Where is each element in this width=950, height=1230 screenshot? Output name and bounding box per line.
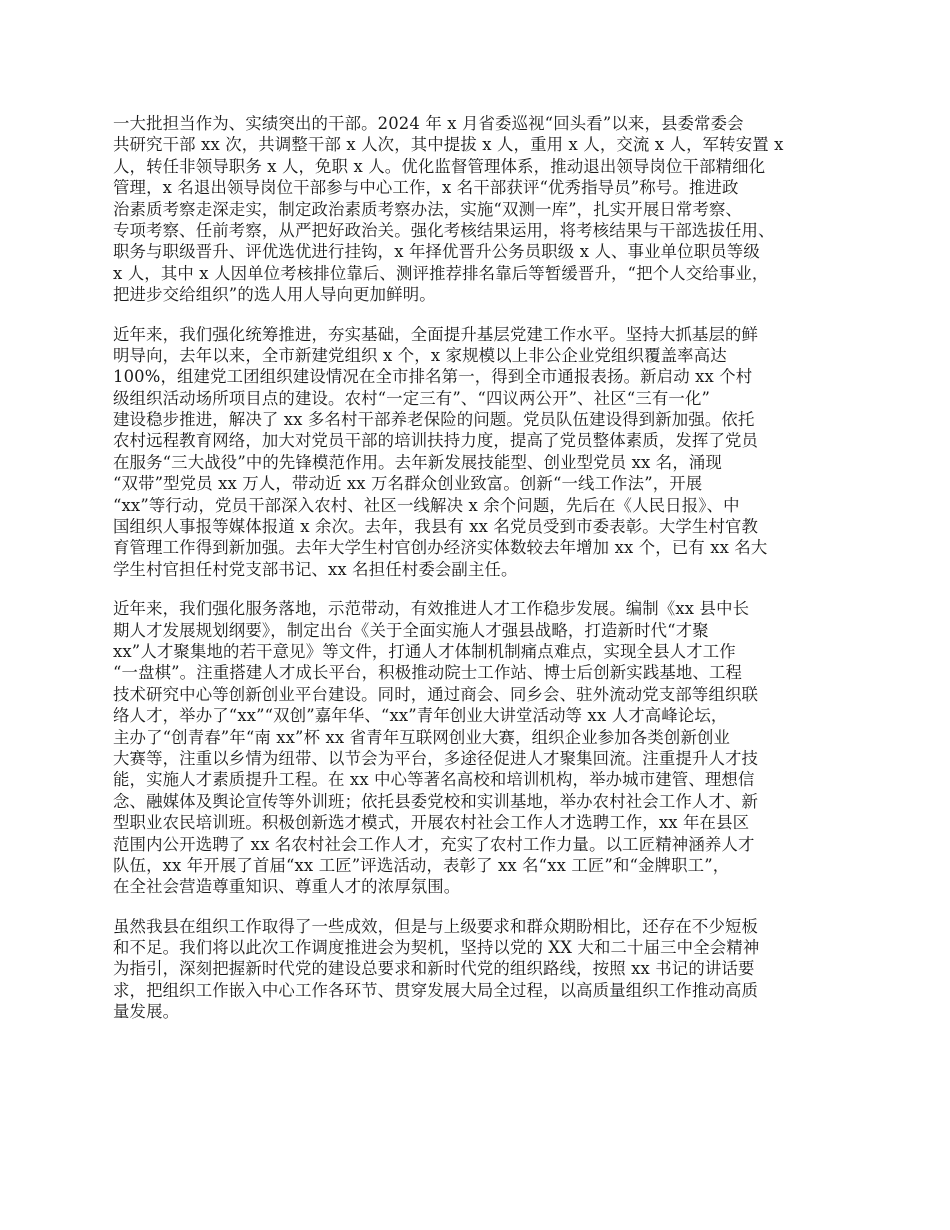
text-line: 职务与职级晋升、评优选优进行挂钩，x 年择优晋升公务员职级 x 人、事业单位职员… — [113, 241, 853, 262]
text-line: 队伍，xx 年开展了首届“xx 工匠”评选活动，表彰了 xx 名“xx 工匠”和… — [113, 855, 853, 876]
text-line: 范围内公开选聘了 xx 名农村社会工作人才，充实了农村工作力量。以工匠精神涵养人… — [113, 834, 853, 855]
paragraph-grassroots-party-building: 近年来，我们强化统筹推进，夯实基础，全面提升基层党建工作水平。坚持大抓基层的鲜 … — [113, 324, 853, 581]
text-line: 能，实施人才素质提升工程。在 xx 中心等著名高校和培训机构，举办城市建管、理想… — [113, 769, 853, 790]
text-line: 人，转任非领导职务 x 人，免职 x 人。优化监督管理体系，推动退出领导岗位干部… — [113, 156, 853, 177]
paragraph-conclusion: 虽然我县在组织工作取得了一些成效，但是与上级要求和群众期盼相比，还存在不少短板 … — [113, 916, 853, 1023]
text-line: 专项考察、任前考察，从严把好政治关。强化考核结果运用，将考核结果与干部选拔任用、 — [113, 220, 853, 241]
text-line: 近年来，我们强化统筹推进，夯实基础，全面提升基层党建工作水平。坚持大抓基层的鲜 — [113, 324, 853, 345]
document-page: 一大批担当作为、实绩突出的干部。2024 年 x 月省委巡视“回头看”以来，县委… — [113, 113, 853, 1041]
text-line: 型职业农民培训班。积极创新选才模式，开展农村社会工作人才选聘工作，xx 年在县区 — [113, 812, 853, 833]
text-line: “一盘棋”。注重搭建人才成长平台，积极推动院士工作站、博士后创新实践基地、工程 — [113, 662, 853, 683]
paragraph-cadre-management: 一大批担当作为、实绩突出的干部。2024 年 x 月省委巡视“回头看”以来，县委… — [113, 113, 853, 306]
text-line: x 人，其中 x 人因单位考核排位靠后、测评推荐排名靠后等暂缓晋升，“把个人交给… — [113, 263, 853, 284]
text-line: 在全社会营造尊重知识、尊重人才的浓厚氛围。 — [113, 876, 853, 897]
text-line: 求，把组织工作嵌入中心工作各环节、贯穿发展大局全过程，以高质量组织工作推动高质 — [113, 980, 853, 1001]
text-line: 技术研究中心等创新创业平台建设。同时，通过商会、同乡会、驻外流动党支部等组织联 — [113, 684, 853, 705]
text-line: 国组织人事报等媒体报道 x 余次。去年，我县有 xx 名党员受到市委表彰。大学生… — [113, 516, 853, 537]
text-line: 农村远程教育网络，加大对党员干部的培训扶持力度，提高了党员整体素质，发挥了党员 — [113, 430, 853, 451]
text-line: 近年来，我们强化服务落地，示范带动，有效推进人才工作稳步发展。编制《xx 县中长 — [113, 598, 853, 619]
text-line: 学生村官担任村党支部书记、xx 名担任村委会副主任。 — [113, 559, 853, 580]
text-line: 级组织活动场所项目点的建设。农村“一定三有”、“四议两公开”、社区“三有一化” — [113, 388, 853, 409]
paragraph-talent-work: 近年来，我们强化服务落地，示范带动，有效推进人才工作稳步发展。编制《xx 县中长… — [113, 598, 853, 897]
text-line: 量发展。 — [113, 1001, 853, 1022]
text-line: 主办了“创青春”年“南 xx”杯 xx 省青年互联网创业大赛，组织企业参加各类创… — [113, 727, 853, 748]
text-line: 共研究干部 xx 次，共调整干部 x 人次，其中提拔 x 人，重用 x 人，交流… — [113, 134, 853, 155]
text-line: 一大批担当作为、实绩突出的干部。2024 年 x 月省委巡视“回头看”以来，县委… — [113, 113, 853, 134]
text-line: 虽然我县在组织工作取得了一些成效，但是与上级要求和群众期盼相比，还存在不少短板 — [113, 916, 853, 937]
text-line: 期人才发展规划纲要》，制定出台《关于全面实施人才强县战略，打造新时代“才聚 — [113, 620, 853, 641]
text-line: xx”人才聚集地的若干意见》等文件，打通人才体制机制痛点难点，实现全县人才工作 — [113, 641, 853, 662]
text-line: 育管理工作得到新加强。去年大学生村官创办经济实体数较去年增加 xx 个，已有 x… — [113, 537, 853, 558]
text-line: 大赛等，注重以乡情为纽带、以节会为平台，多途径促进人才聚集回流。注重提升人才技 — [113, 748, 853, 769]
text-line: 在服务“三大战役”中的先锋模范作用。去年新发展技能型、创业型党员 xx 名，涌现 — [113, 452, 853, 473]
text-line: 把进步交给组织”的选人用人导向更加鲜明。 — [113, 284, 853, 305]
text-line: “xx”等行动，党员干部深入农村、社区一线解决 x 余个问题，先后在《人民日报》… — [113, 495, 853, 516]
text-line: 治素质考察走深走实，制定政治素质考察办法，实施“双测一库”，扎实开展日常考察、 — [113, 199, 853, 220]
text-line: 100%，组建党工团组织建设情况在全市排名第一，得到全市通报表扬。新启动 xx … — [113, 366, 853, 387]
text-line: 建设稳步推进，解决了 xx 多名村干部养老保险的问题。党员队伍建设得到新加强。依… — [113, 409, 853, 430]
text-line: 明导向，去年以来，全市新建党组织 x 个，x 家规模以上非公企业党组织覆盖率高达 — [113, 345, 853, 366]
text-line: 络人才，举办了“xx”“双创”嘉年华、“xx”青年创业大讲堂活动等 xx 人才高… — [113, 705, 853, 726]
text-line: 管理，x 名退出领导岗位干部参与中心工作，x 名干部获评“优秀指导员”称号。推进… — [113, 177, 853, 198]
text-line: 和不足。我们将以此次工作调度推进会为契机，坚持以党的 XX 大和二十届三中全会精… — [113, 937, 853, 958]
text-line: 为指引，深刻把握新时代党的建设总要求和新时代党的组织路线，按照 xx 书记的讲话… — [113, 958, 853, 979]
text-line: 念、融媒体及舆论宣传等外训班；依托县委党校和实训基地，举办农村社会工作人才、新 — [113, 791, 853, 812]
text-line: “双带”型党员 xx 万人，带动近 xx 万名群众创业致富。创新“一线工作法”，… — [113, 473, 853, 494]
